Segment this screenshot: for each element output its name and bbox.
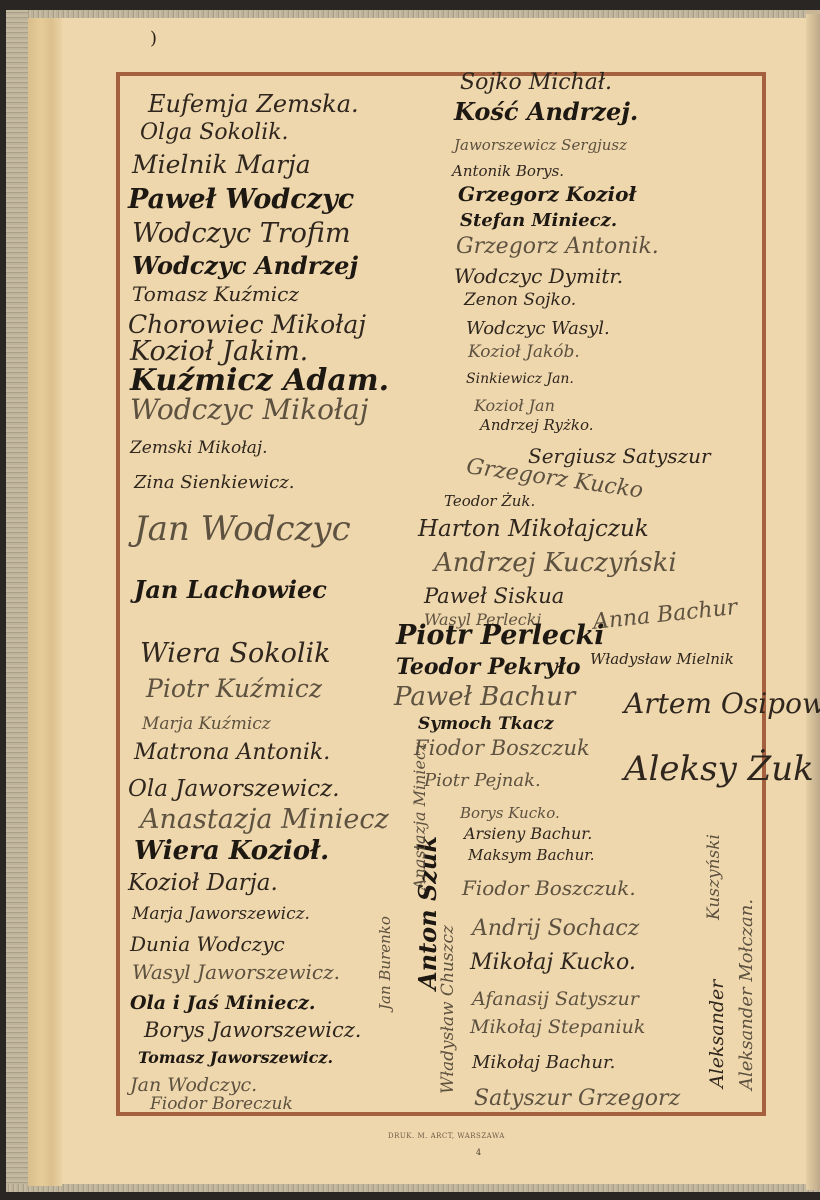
signature: Mikołaj Kucko. (470, 952, 636, 974)
signature: Fiodor Boreczuk (150, 1096, 293, 1113)
signature: Kozioł Jakim. (130, 338, 308, 365)
signature: Symoch Tkacz (418, 716, 554, 733)
signature: Marja Kuźmicz (142, 716, 271, 733)
signature: Marja Jaworszewicz. (132, 906, 310, 923)
signature-vertical: Aleksander Mołczan. (738, 899, 756, 1090)
signature: Kość Andrzej. (454, 100, 638, 124)
signature: Sinkiewicz Jan. (466, 372, 574, 386)
corner-mark: ) (150, 28, 157, 49)
signature: Wasyl Jaworszewicz. (132, 962, 340, 982)
signature: Jan Wodczyc (134, 512, 351, 546)
signature: Kozioł Jakób. (468, 344, 580, 361)
signature: Chorowiec Mikołaj (128, 312, 366, 337)
signature-vertical: Anastazja Miniecz (412, 743, 428, 890)
signature: Tomasz Kuźmicz (132, 284, 299, 304)
signature-vertical: Władysław Chuszcz (440, 925, 457, 1094)
signature: Paweł Siskua (424, 586, 564, 607)
printer-imprint: DRUK. M. ARCT, WARSZAWA (388, 1132, 505, 1140)
page-number: 4 (476, 1148, 481, 1157)
signature: Eufemja Zemska. (148, 92, 359, 116)
signature: Paweł Bachur (394, 684, 575, 710)
signature: Satyszur Grzegorz (474, 1088, 680, 1110)
signature: Fiodor Boszczuk. (462, 878, 636, 898)
signature: Kozioł Jan (474, 398, 555, 414)
signature-vertical: Jan Burenko (378, 916, 393, 1010)
signature: Jan Lachowiec (134, 578, 327, 602)
signature: Mikołaj Stepaniuk (470, 1018, 645, 1037)
signature: Andrzej Kuczyński (434, 550, 677, 576)
signature: Jaworszewicz Sergjusz (454, 138, 627, 153)
signature: Aleksy Żuk (624, 752, 814, 786)
signature: Stefan Miniecz. (460, 212, 617, 230)
book-cloth-bottom (6, 1184, 820, 1192)
signature: Borys Kucko. (460, 806, 560, 821)
signature: Sergiusz Satyszur (528, 446, 711, 466)
signature: Olga Sokolik. (140, 122, 289, 144)
signature: Tomasz Jaworszewicz. (138, 1050, 333, 1066)
signature: Maksym Bachur. (468, 848, 595, 863)
signature: Antonik Borys. (452, 164, 564, 179)
signature: Teodor Żuk. (444, 494, 535, 509)
signature: Piotr Pejnak. (424, 772, 541, 790)
signature: Zina Sienkiewicz. (134, 474, 294, 492)
signature: Wodczyc Mikołaj (130, 396, 368, 424)
signature: Andrij Sochacz (472, 918, 639, 940)
signature: Artem Osipow (624, 690, 820, 718)
signature: Grzegorz Antonik. (456, 236, 659, 258)
signature: Ola i Jaś Miniecz. (130, 994, 315, 1013)
signature: Paweł Wodczyc (128, 186, 354, 213)
signature: Wodczyc Trofim (132, 220, 351, 247)
signature: Kuźmicz Adam. (130, 366, 389, 396)
signature: Dunia Wodczyc (130, 934, 285, 954)
signature: Jan Wodczyc. (130, 1076, 257, 1095)
signature: Mikołaj Bachur. (472, 1054, 615, 1072)
signature: Afanasij Satyszur (472, 990, 639, 1009)
signature: Piotr Kuźmicz (146, 676, 322, 701)
signature: Wiera Sokolik (140, 640, 330, 667)
signature-vertical: Aleksander (708, 980, 727, 1088)
signature: Wodczyc Wasyl. (466, 320, 610, 338)
signature: Piotr Perlecki (396, 622, 605, 649)
signature: Zemski Mikołaj. (130, 440, 268, 457)
signature: Harton Mikołajczuk (418, 518, 649, 541)
signature: Kozioł Darja. (128, 872, 278, 895)
signature: Sojko Michał. (460, 72, 612, 94)
page-gutter (28, 18, 62, 1186)
signature: Anastazja Miniecz (140, 806, 389, 833)
signature: Matrona Antonik. (134, 742, 330, 764)
signature: Arsieny Bachur. (464, 826, 592, 842)
signature: Ola Jaworszewicz. (128, 778, 340, 801)
signature: Andrzej Ryżko. (480, 418, 594, 433)
signature: Wodczyc Andrzej (132, 254, 358, 278)
signature-vertical: Kuszyński (706, 834, 723, 920)
signature: Wiera Kozioł. (134, 838, 329, 864)
book-cloth-spine (6, 10, 28, 1190)
signature: Mielnik Marja (132, 152, 311, 177)
signature: Władysław Mielnik (590, 652, 734, 667)
page-edge (806, 14, 820, 1190)
signature: Wodczyc Dymitr. (454, 266, 623, 286)
signature: Grzegorz Kozioł (458, 184, 636, 204)
signature: Teodor Pekryło (396, 656, 581, 678)
signature: Zenon Sojko. (464, 292, 576, 309)
signature: Fiodor Boszczuk (414, 738, 590, 759)
signature: Borys Jaworszewicz. (144, 1020, 362, 1041)
